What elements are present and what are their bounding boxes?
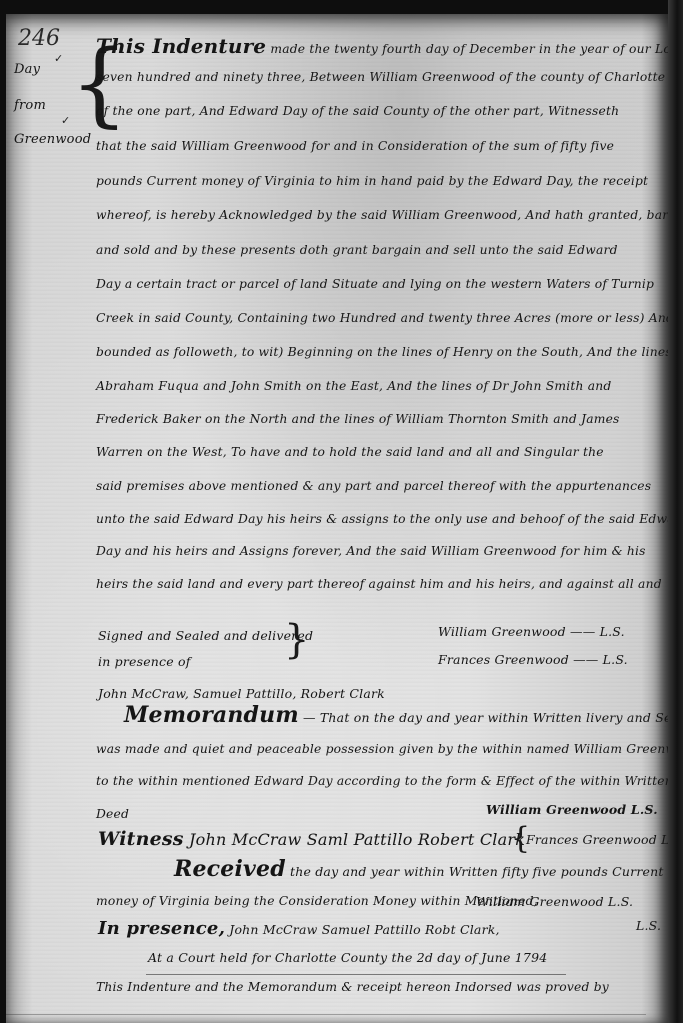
witness-label: Witness <box>98 828 184 850</box>
memorandum-line-2: was made and quiet and peaceable possess… <box>96 742 683 756</box>
seal-mark: L.S. <box>631 802 658 817</box>
body-line-15: unto the said Edward Day his heirs & ass… <box>96 512 683 526</box>
curly-brace-icon: } <box>284 620 309 660</box>
memorandum-line-3: to the within mentioned Edward Day accor… <box>96 774 673 788</box>
indenture-heading: This Indenture <box>96 34 266 58</box>
witnesses-line: John McCraw, Samuel Pattillo, Robert Cla… <box>98 686 385 701</box>
memorandum-entry: Memorandum — That on the day and year wi… <box>124 702 683 728</box>
margin-note-day: Day <box>14 62 40 77</box>
body-line-14: said premises above mentioned & any part… <box>96 479 651 493</box>
page-number: 246 <box>18 26 60 51</box>
deed-page: 246 Day from Greenwood ✓ ✓ { This Indent… <box>6 14 668 1023</box>
check-mark-icon: ✓ <box>54 52 63 65</box>
presence-seal: L.S. <box>636 918 661 933</box>
signature-frances-greenwood: Frances Greenwood —— L.S. <box>438 652 628 667</box>
receipt-heading: Received <box>174 856 286 882</box>
body-line-8: Day a certain tract or parcel of land Si… <box>96 277 654 291</box>
witness-names: John McCraw Saml Pattillo Robert Clark <box>189 830 525 849</box>
body-line-6: whereof, is hereby Acknowledged by the s… <box>96 208 683 222</box>
receipt-line-2: money of Virginia being the Consideratio… <box>96 894 538 908</box>
memorandum-heading: Memorandum <box>124 702 299 728</box>
presence-label: In presence, <box>98 918 225 939</box>
body-line-3: of the one part, And Edward Day of the s… <box>96 104 619 118</box>
in-presence-label: in presence of <box>98 654 191 669</box>
page-binding-edge <box>668 0 683 1023</box>
body-line-16: Day and his heirs and Assigns forever, A… <box>96 544 646 558</box>
signature-william-greenwood: William Greenwood —— L.S. <box>438 624 625 639</box>
margin-note-from: from <box>14 98 46 113</box>
body-line-2: seven hundred and ninety three, Between … <box>96 70 665 84</box>
body-line-5: pounds Current money of Virginia to him … <box>96 174 648 188</box>
body-line-13: Warren on the West, To have and to hold … <box>96 445 604 459</box>
body-line-4: that the said William Greenwood for and … <box>96 139 614 153</box>
page-bottom-rule <box>6 1014 646 1015</box>
seal-mark: L.S. <box>603 652 628 667</box>
presence-names: John McCraw Samuel Pattillo Robt Clark, <box>229 922 499 937</box>
body-line-12: Frederick Baker on the North and the lin… <box>96 412 620 426</box>
document-viewer: 246 Day from Greenwood ✓ ✓ { This Indent… <box>0 0 683 1023</box>
memorandum-line-4: Deed <box>96 807 129 821</box>
court-note-line: At a Court held for Charlotte County the… <box>148 950 547 965</box>
seal-mark: L.S. <box>600 624 625 639</box>
body-line-1: This Indenture made the twenty fourth da… <box>96 34 683 58</box>
receipt-entry: Received the day and year within Written… <box>174 856 664 882</box>
divider-rule <box>146 974 566 975</box>
court-note-continuation: This Indenture and the Memorandum & rece… <box>96 980 609 994</box>
body-line-7: and sold and by these presents doth gran… <box>96 243 618 257</box>
body-line-10: bounded as followeth, to wit) Beginning … <box>96 345 683 359</box>
witness-block: Witness John McCraw Saml Pattillo Robert… <box>98 828 525 850</box>
body-line-11: Abraham Fuqua and John Smith on the East… <box>96 379 611 393</box>
check-mark-icon: ✓ <box>61 114 70 127</box>
memorandum-signature: William Greenwood L.S. <box>486 802 658 817</box>
body-line-17: heirs the said land and every part there… <box>96 577 662 591</box>
signed-sealed-label: Signed and Sealed and delivered <box>98 628 313 643</box>
receipt-signature: William Greenwood L.S. <box>476 894 633 909</box>
seal-mark: L.S. <box>608 894 633 909</box>
body-line-9: Creek in said County, Containing two Hun… <box>96 311 674 325</box>
receipt-presence: In presence, John McCraw Samuel Pattillo… <box>98 918 500 939</box>
witness-block-signature: Frances Greenwood L.S. <box>526 832 683 847</box>
